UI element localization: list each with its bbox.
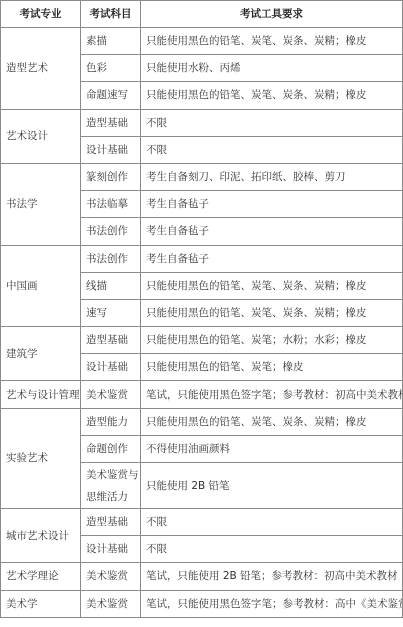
subject-cell: 设计基础 bbox=[81, 354, 141, 381]
requirement-cell: 只能使用 2B 铅笔 bbox=[141, 463, 403, 509]
subject-cell: 造型基础 bbox=[81, 509, 141, 536]
major-cell: 城市艺术设计 bbox=[1, 509, 81, 563]
subject-cell: 设计基础 bbox=[81, 536, 141, 563]
table-row: 艺术与设计管理 美术鉴赏 笔试，只能使用黑色签字笔；参考教材：初高中美术教材 bbox=[1, 381, 403, 408]
subject-cell: 书法临摹 bbox=[81, 191, 141, 218]
table-row: 美术学 美术鉴赏 笔试，只能使用黑色签字笔；参考教材：高中《美术鉴赏》 bbox=[1, 590, 403, 617]
major-cell: 中国画 bbox=[1, 245, 81, 327]
subject-cell: 速写 bbox=[81, 299, 141, 326]
table-header-row: 考试专业 考试科目 考试工具要求 bbox=[1, 1, 403, 28]
requirement-cell: 只能使用黑色的铅笔、炭笔、炭条、炭精；橡皮 bbox=[141, 82, 403, 109]
exam-tool-requirements-table: 考试专业 考试科目 考试工具要求 造型艺术 素描 只能使用黑色的铅笔、炭笔、炭条… bbox=[0, 0, 403, 618]
subject-cell: 素描 bbox=[81, 28, 141, 55]
header-subject: 考试科目 bbox=[81, 1, 141, 28]
requirement-cell: 考生自备毡子 bbox=[141, 191, 403, 218]
subject-cell: 造型能力 bbox=[81, 408, 141, 435]
subject-cell: 美术鉴赏 bbox=[81, 590, 141, 617]
requirement-cell: 只能使用黑色的铅笔、炭笔、炭条、炭精；橡皮 bbox=[141, 272, 403, 299]
header-major: 考试专业 bbox=[1, 1, 81, 28]
subject-cell: 造型基础 bbox=[81, 109, 141, 136]
requirement-cell: 只能使用黑色的铅笔、炭笔、炭条、炭精；橡皮 bbox=[141, 28, 403, 55]
table-row: 书法学 篆刻创作 考生自备刻刀、印泥、拓印纸、胶棒、剪刀 bbox=[1, 163, 403, 190]
requirement-cell: 不限 bbox=[141, 509, 403, 536]
major-cell: 艺术学理论 bbox=[1, 563, 81, 590]
major-cell: 艺术设计 bbox=[1, 109, 81, 163]
requirement-cell: 只能使用黑色的铅笔、炭笔；橡皮 bbox=[141, 354, 403, 381]
subject-cell: 美术鉴赏 bbox=[81, 381, 141, 408]
requirement-cell: 只能使用黑色的铅笔、炭笔、炭条、炭精；橡皮 bbox=[141, 299, 403, 326]
major-cell: 美术学 bbox=[1, 590, 81, 617]
requirement-cell: 不得使用油画颜料 bbox=[141, 435, 403, 462]
requirement-cell: 考生自备毡子 bbox=[141, 245, 403, 272]
requirement-cell: 考生自备毡子 bbox=[141, 218, 403, 245]
requirement-cell: 不限 bbox=[141, 536, 403, 563]
major-cell: 实验艺术 bbox=[1, 408, 81, 508]
table-row: 建筑学 造型基础 只能使用黑色的铅笔、炭笔；水粉；水彩；橡皮 bbox=[1, 327, 403, 354]
table-row: 实验艺术 造型能力 只能使用黑色的铅笔、炭笔、炭条、炭精；橡皮 bbox=[1, 408, 403, 435]
subject-cell: 造型基础 bbox=[81, 327, 141, 354]
table-row: 城市艺术设计 造型基础 不限 bbox=[1, 509, 403, 536]
subject-cell: 色彩 bbox=[81, 55, 141, 82]
subject-cell: 篆刻创作 bbox=[81, 163, 141, 190]
subject-cell: 设计基础 bbox=[81, 136, 141, 163]
requirement-cell: 不限 bbox=[141, 109, 403, 136]
requirement-cell: 只能使用黑色的铅笔、炭笔；水粉；水彩；橡皮 bbox=[141, 327, 403, 354]
requirement-cell: 笔试，只能使用 2B 铅笔；参考教材：初高中美术教材 bbox=[141, 563, 403, 590]
subject-cell: 美术鉴赏与思维活力 bbox=[81, 463, 141, 509]
header-requirement: 考试工具要求 bbox=[141, 1, 403, 28]
requirement-cell: 只能使用水粉、丙烯 bbox=[141, 55, 403, 82]
major-cell: 造型艺术 bbox=[1, 28, 81, 110]
table-row: 中国画 书法创作 考生自备毡子 bbox=[1, 245, 403, 272]
subject-cell: 线描 bbox=[81, 272, 141, 299]
major-cell: 建筑学 bbox=[1, 327, 81, 381]
subject-cell: 命题创作 bbox=[81, 435, 141, 462]
major-cell: 艺术与设计管理 bbox=[1, 381, 81, 408]
requirement-cell: 不限 bbox=[141, 136, 403, 163]
subject-cell: 美术鉴赏 bbox=[81, 563, 141, 590]
table-row: 造型艺术 素描 只能使用黑色的铅笔、炭笔、炭条、炭精；橡皮 bbox=[1, 28, 403, 55]
subject-cell: 书法创作 bbox=[81, 245, 141, 272]
requirement-cell: 考生自备刻刀、印泥、拓印纸、胶棒、剪刀 bbox=[141, 163, 403, 190]
requirement-cell: 笔试，只能使用黑色签字笔；参考教材：初高中美术教材 bbox=[141, 381, 403, 408]
table-row: 艺术学理论 美术鉴赏 笔试，只能使用 2B 铅笔；参考教材：初高中美术教材 bbox=[1, 563, 403, 590]
table-row: 艺术设计 造型基础 不限 bbox=[1, 109, 403, 136]
requirement-cell: 笔试，只能使用黑色签字笔；参考教材：高中《美术鉴赏》 bbox=[141, 590, 403, 617]
requirement-cell: 只能使用黑色的铅笔、炭笔、炭条、炭精；橡皮 bbox=[141, 408, 403, 435]
subject-cell: 命题速写 bbox=[81, 82, 141, 109]
major-cell: 书法学 bbox=[1, 163, 81, 245]
subject-cell: 书法创作 bbox=[81, 218, 141, 245]
